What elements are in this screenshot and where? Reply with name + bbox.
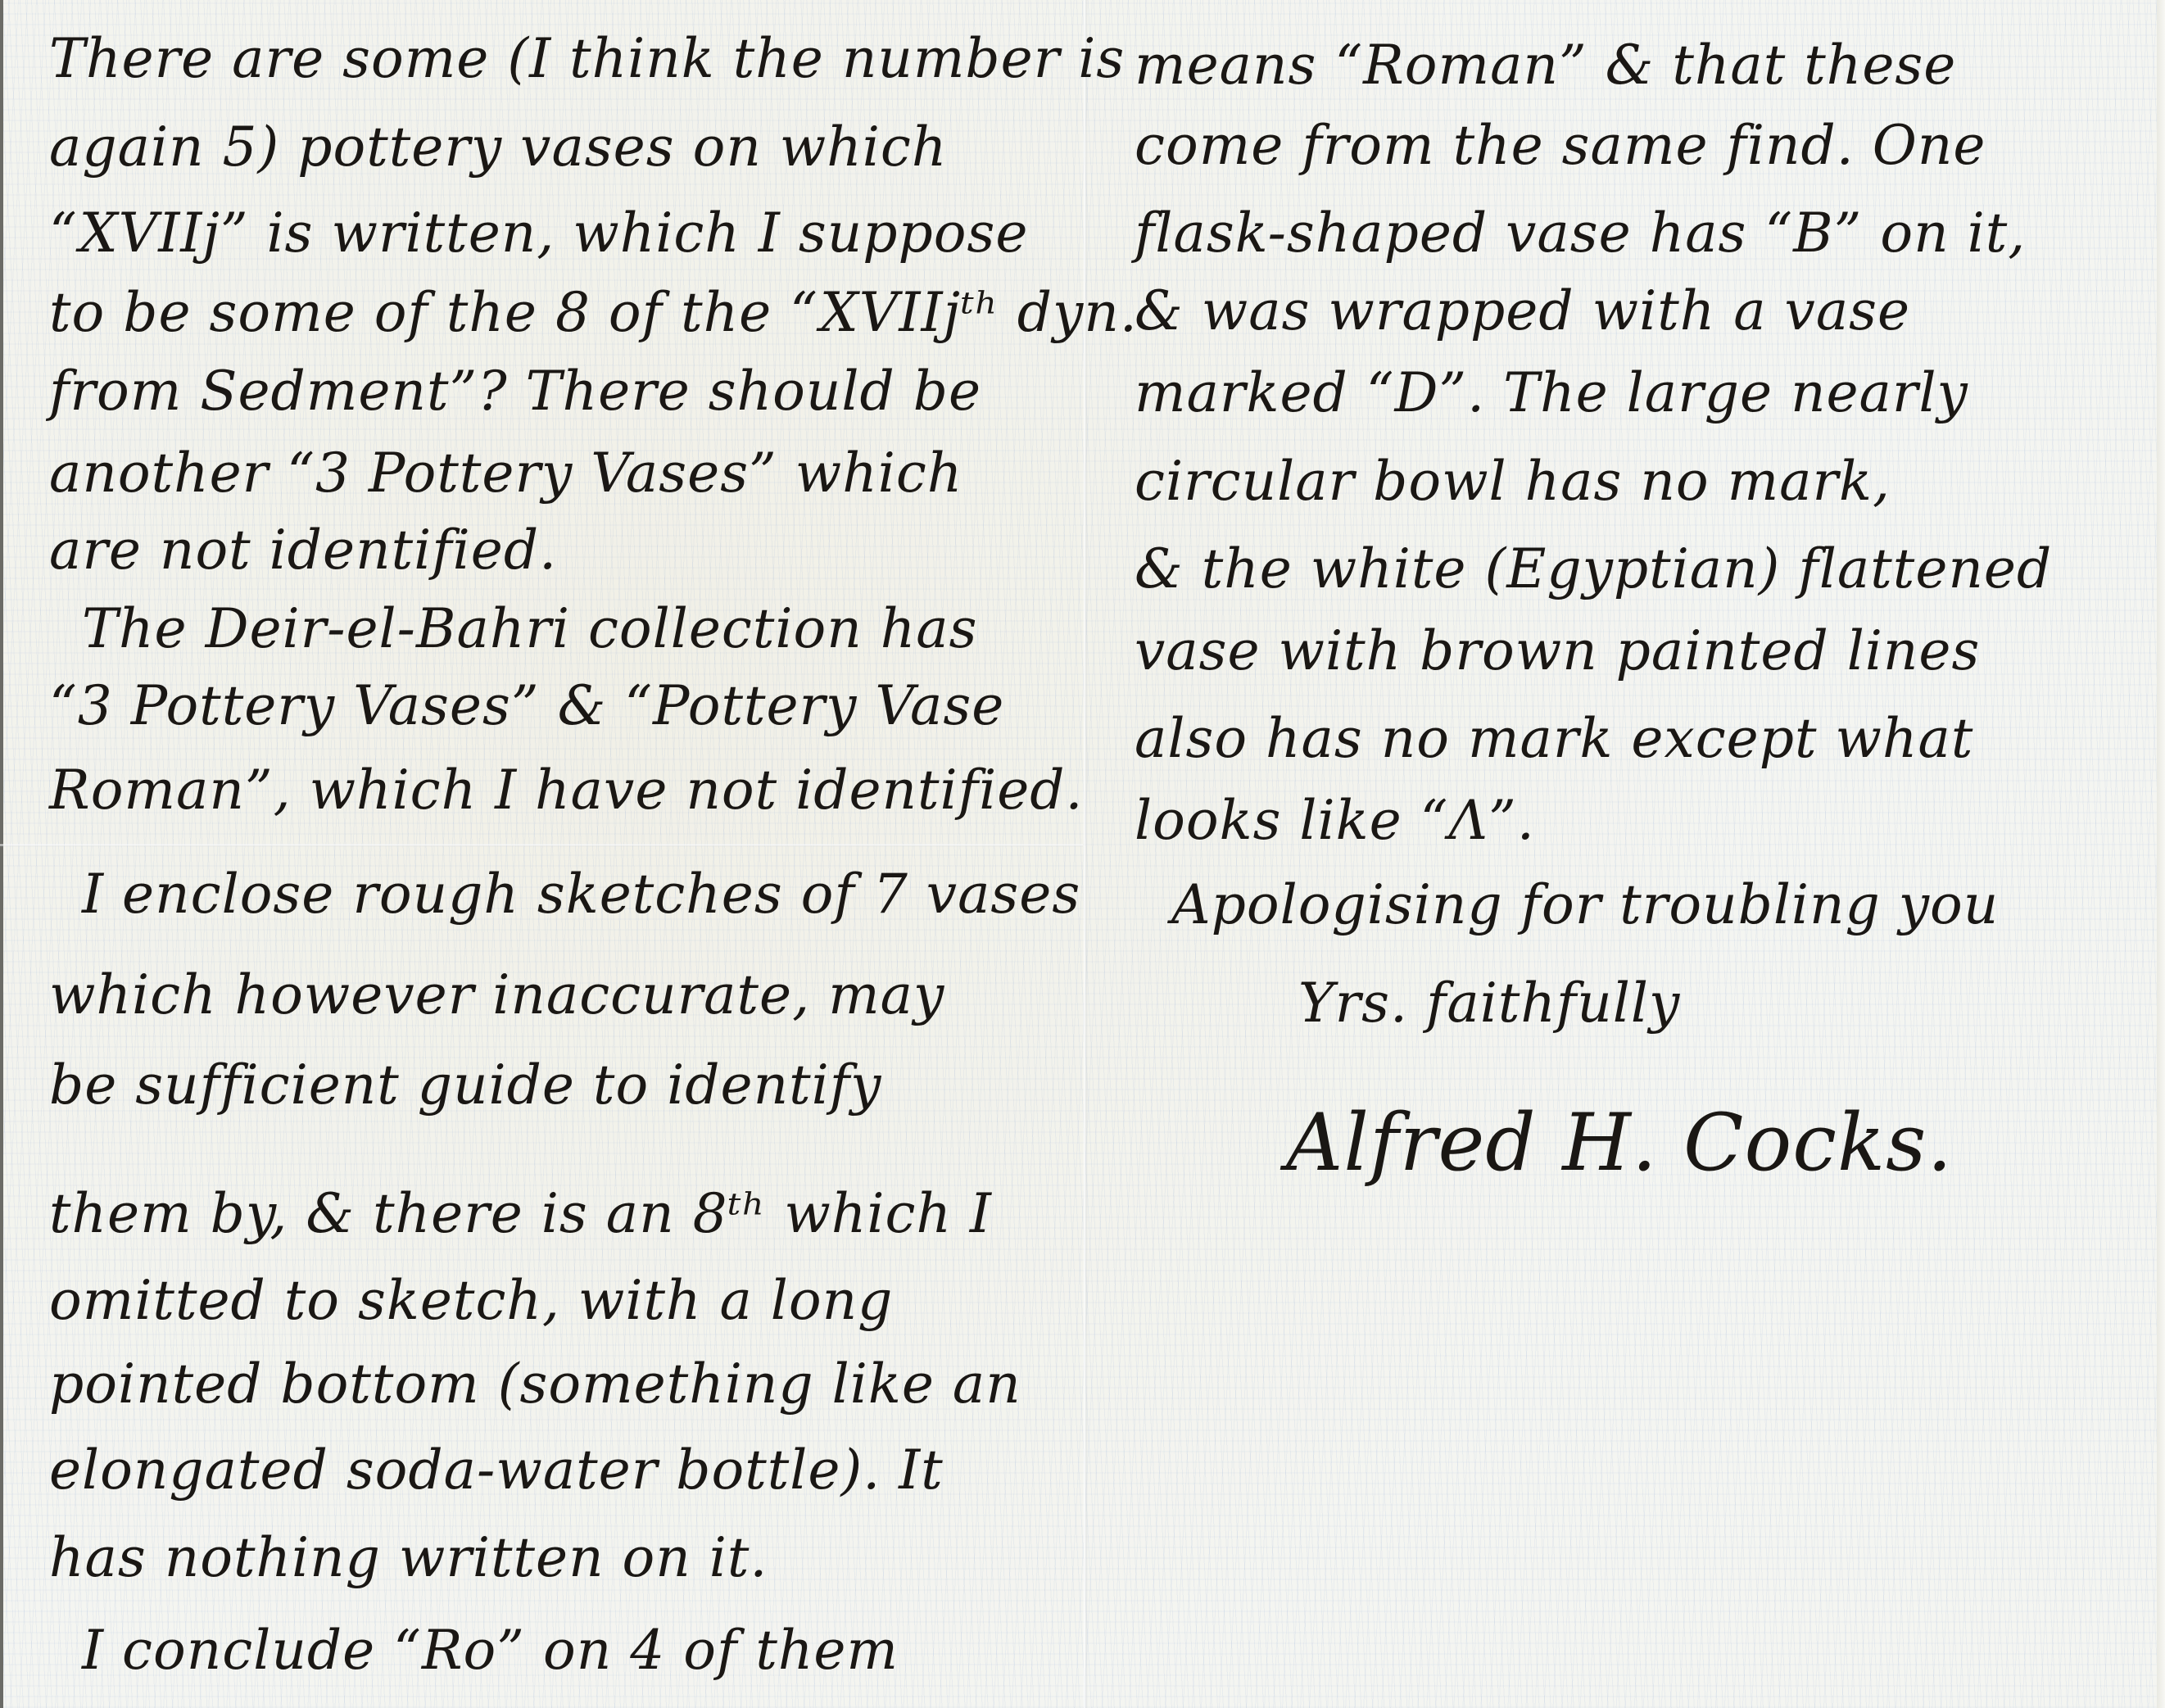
handwritten-line: which however inaccurate, may xyxy=(49,963,944,1028)
handwritten-line: from Sedment”? There should be xyxy=(49,359,981,424)
handwritten-line: circular bowl has no mark, xyxy=(1135,449,1891,514)
page-edge-left xyxy=(0,0,3,1708)
horizontal-fold-crease xyxy=(0,844,1083,847)
handwritten-line: I enclose rough sketches of 7 vases xyxy=(82,862,1080,927)
handwritten-line: pointed bottom (something like an xyxy=(49,1352,1021,1417)
valediction: Yrs. faithfully xyxy=(1298,971,1680,1036)
signature: Alfred H. Cocks. xyxy=(1286,1098,1953,1188)
handwritten-line: “XVIIj” is written, which I suppose xyxy=(49,201,1028,266)
handwritten-line: There are some (I think the number is xyxy=(49,26,1125,92)
handwritten-line: also has no mark except what xyxy=(1135,706,1973,772)
handwritten-line: vase with brown painted lines xyxy=(1135,618,1980,684)
handwritten-line: marked “D”. The large nearly xyxy=(1135,360,1968,426)
letter-sheet: There are some (I think the number is ag… xyxy=(0,0,2165,1708)
handwritten-line: “3 Pottery Vases” & “Pottery Vase xyxy=(49,673,1004,739)
handwritten-line: to be some of the 8 of the “XVIIjᵗʰ dyn. xyxy=(49,280,1138,346)
handwritten-line: come from the same find. One xyxy=(1135,113,1986,179)
handwritten-line: another “3 Pottery Vases” which xyxy=(49,441,962,506)
handwritten-line: Roman”, which I have not identified. xyxy=(49,758,1083,823)
closing-line: Apologising for troubling you xyxy=(1171,872,1999,938)
handwritten-line: & the white (Egyptian) flattened xyxy=(1135,537,2052,602)
handwritten-line: I conclude “Ro” on 4 of them xyxy=(82,1618,899,1683)
handwritten-line: are not identified. xyxy=(49,518,557,583)
handwritten-line: has nothing written on it. xyxy=(49,1525,768,1591)
page-edge-right xyxy=(2157,0,2165,1708)
handwritten-line: be sufficient guide to identify xyxy=(49,1053,881,1118)
handwritten-line: omitted to sketch, with a long xyxy=(49,1268,893,1334)
handwritten-line: looks like “Λ”. xyxy=(1135,788,1535,854)
handwritten-line: elongated soda-water bottle). It xyxy=(49,1438,944,1503)
handwritten-line: & was wrapped with a vase xyxy=(1135,279,1910,344)
vertical-fold-crease xyxy=(1083,0,1088,1708)
handwritten-line: flask-shaped vase has “B” on it, xyxy=(1135,201,2026,266)
handwritten-line: them by, & there is an 8ᵗʰ which I xyxy=(49,1181,992,1247)
handwritten-line: again 5) pottery vases on which xyxy=(49,115,947,180)
handwritten-line: The Deir-el-Bahri collection has xyxy=(82,596,977,662)
handwritten-line: means “Roman” & that these xyxy=(1135,33,1956,98)
